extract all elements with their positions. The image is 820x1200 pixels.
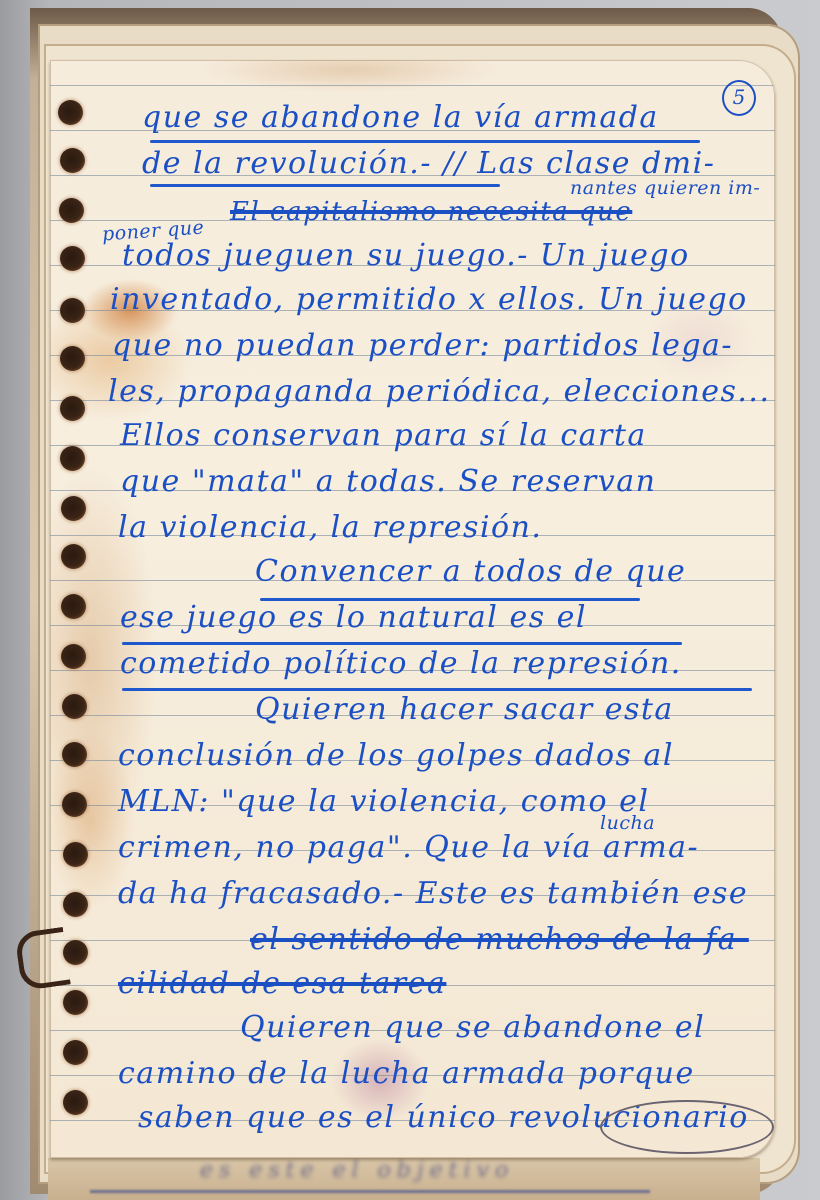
- text-line: todos jueguen su juego.- Un juego: [122, 238, 690, 274]
- notebook-page: 5 que se abandone la vía armada de la re…: [50, 60, 775, 1158]
- spiral-ring: [14, 927, 71, 991]
- text-line: camino de la lucha armada porque: [118, 1056, 695, 1092]
- binding-hole: [62, 742, 87, 767]
- binding-hole: [63, 990, 88, 1015]
- binding-hole: [60, 246, 85, 271]
- binding-hole: [63, 892, 88, 917]
- text-line: Ellos conservan para sí la carta: [120, 418, 647, 454]
- text-line: que no puedan perder: partidos lega-: [112, 328, 733, 364]
- text-line: Convencer a todos de que: [255, 554, 686, 590]
- text-line: la violencia, la represión.: [118, 510, 542, 546]
- text-line: inventado, permitido x ellos. Un juego: [110, 282, 748, 318]
- page-number: 5: [722, 80, 756, 116]
- underline-mark: [122, 642, 682, 645]
- binding-hole: [61, 544, 86, 569]
- text-line: conclusión de los golpes dados al: [118, 738, 674, 774]
- underline-mark: [150, 184, 500, 187]
- binding-hole: [59, 198, 84, 223]
- underline-mark: [122, 688, 752, 691]
- binding-hole: [58, 100, 83, 125]
- binding-hole: [63, 842, 88, 867]
- struck-text-line: el sentido de muchos de la fa-: [250, 922, 749, 958]
- struck-text-line: El capitalismo necesita que: [230, 194, 632, 230]
- binding-hole: [61, 496, 86, 521]
- text-line: que se abandone la vía armada: [142, 100, 659, 136]
- text-line: Quieren que se abandone el: [240, 1010, 705, 1046]
- binding-hole: [63, 1090, 88, 1115]
- underlying-page-underline: [90, 1190, 650, 1193]
- struck-text-line: cilidad de esa tarea: [118, 966, 446, 1002]
- text-line: MLN: "que la violencia, como el: [118, 784, 649, 820]
- binding-hole: [62, 694, 87, 719]
- text-line: da ha fracasado.- Este es también ese: [118, 876, 748, 912]
- binding-hole: [61, 594, 86, 619]
- binding-hole: [63, 1040, 88, 1065]
- text-line: les, propaganda periódica, elecciones...: [108, 374, 771, 410]
- text-line: ese juego es lo natural es el: [120, 600, 587, 636]
- text-line: crimen, no paga". Que la vía arma-: [118, 830, 699, 866]
- underlying-page-text: es este el objetivo: [200, 1158, 514, 1183]
- binding-hole: [61, 644, 86, 669]
- pencil-circle-annotation: [600, 1100, 774, 1154]
- text-line: cometido político de la represión.: [120, 646, 682, 682]
- ruled-line: [50, 85, 775, 86]
- binding-hole: [60, 446, 85, 471]
- text-line: Quieren hacer sacar esta: [255, 692, 674, 728]
- binding-hole: [62, 792, 87, 817]
- binding-hole: [60, 346, 85, 371]
- text-line: que "mata" a todas. Se reservan: [120, 464, 656, 500]
- underline-mark: [150, 140, 700, 143]
- binding-hole: [60, 148, 85, 173]
- binding-hole: [60, 396, 85, 421]
- binding-hole: [60, 298, 85, 323]
